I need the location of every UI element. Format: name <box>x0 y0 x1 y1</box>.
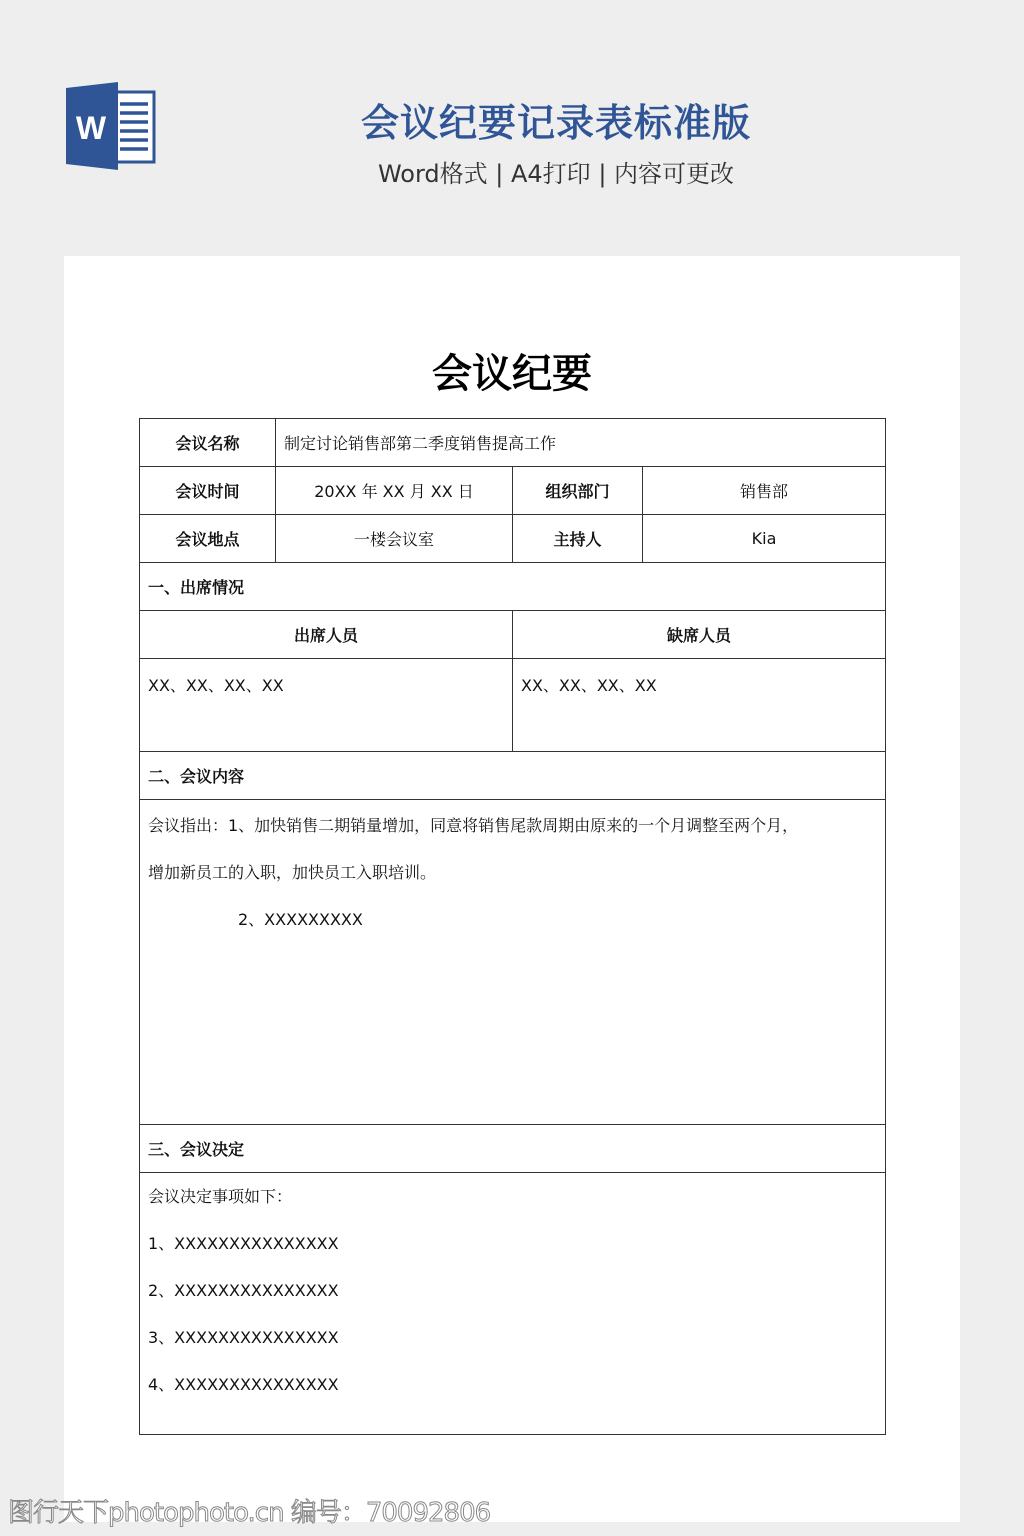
svg-text:W: W <box>76 110 107 146</box>
document-title: 会议纪要 <box>64 342 960 399</box>
table-row: 会议地点 一楼会议室 主持人 Kia <box>140 515 886 563</box>
decision-item: 1、XXXXXXXXXXXXXXX <box>148 1220 877 1267</box>
decisions-heading: 三、会议决定 <box>140 1125 886 1173</box>
table-row: 会议名称 制定讨论销售部第二季度销售提高工作 <box>140 419 886 467</box>
meeting-name-label: 会议名称 <box>140 419 276 467</box>
absent-list[interactable]: XX、XX、XX、XX <box>513 659 886 752</box>
table-row: 出席人员 缺席人员 <box>140 611 886 659</box>
decision-item: 4、XXXXXXXXXXXXXXX <box>148 1361 877 1408</box>
table-row: 三、会议决定 <box>140 1125 886 1173</box>
table-row: 二、会议内容 <box>140 752 886 800</box>
meeting-location-label: 会议地点 <box>140 515 276 563</box>
meeting-location-value[interactable]: 一楼会议室 <box>276 515 513 563</box>
decision-item: 3、XXXXXXXXXXXXXXX <box>148 1314 877 1361</box>
host-value[interactable]: Kia <box>643 515 886 563</box>
banner-title: 会议纪要记录表标准版 <box>300 92 812 147</box>
table-row: 一、出席情况 <box>140 563 886 611</box>
banner-subtitle: Word格式 | A4打印 | 内容可更改 <box>300 154 812 189</box>
table-row: XX、XX、XX、XX XX、XX、XX、XX <box>140 659 886 752</box>
content-body[interactable]: 会议指出：1、加快销售二期销量增加，同意将销售尾款周期由原来的一个月调整至两个月… <box>140 800 886 1125</box>
content-heading: 二、会议内容 <box>140 752 886 800</box>
department-label: 组织部门 <box>513 467 643 515</box>
absent-header: 缺席人员 <box>513 611 886 659</box>
host-label: 主持人 <box>513 515 643 563</box>
minutes-table: 会议名称 制定讨论销售部第二季度销售提高工作 会议时间 20XX 年 XX 月 … <box>139 418 886 1435</box>
decisions-intro: 会议决定事项如下： <box>148 1173 877 1220</box>
present-list[interactable]: XX、XX、XX、XX <box>140 659 513 752</box>
meeting-name-value[interactable]: 制定讨论销售部第二季度销售提高工作 <box>276 419 886 467</box>
word-doc-icon: W <box>64 80 158 172</box>
table-row: 会议决定事项如下： 1、XXXXXXXXXXXXXXX 2、XXXXXXXXXX… <box>140 1173 886 1435</box>
document-page: 会议纪要 会议名称 制定讨论销售部第二季度销售提高工作 会议时间 20XX 年 … <box>64 256 960 1522</box>
present-header: 出席人员 <box>140 611 513 659</box>
content-line: 会议指出：1、加快销售二期销量增加，同意将销售尾款周期由原来的一个月调整至两个月… <box>148 802 877 849</box>
content-line: 增加新员工的入职，加快员工入职培训。 <box>148 849 877 896</box>
meeting-time-value[interactable]: 20XX 年 XX 月 XX 日 <box>276 467 513 515</box>
department-value[interactable]: 销售部 <box>643 467 886 515</box>
content-line: 2、XXXXXXXXX <box>148 896 877 943</box>
watermark: 图行天下photophoto.cn 编号：70092806 <box>8 1492 490 1529</box>
table-row: 会议指出：1、加快销售二期销量增加，同意将销售尾款周期由原来的一个月调整至两个月… <box>140 800 886 1125</box>
attendance-heading: 一、出席情况 <box>140 563 886 611</box>
table-row: 会议时间 20XX 年 XX 月 XX 日 组织部门 销售部 <box>140 467 886 515</box>
decisions-body[interactable]: 会议决定事项如下： 1、XXXXXXXXXXXXXXX 2、XXXXXXXXXX… <box>140 1173 886 1435</box>
meeting-time-label: 会议时间 <box>140 467 276 515</box>
decision-item: 2、XXXXXXXXXXXXXXX <box>148 1267 877 1314</box>
